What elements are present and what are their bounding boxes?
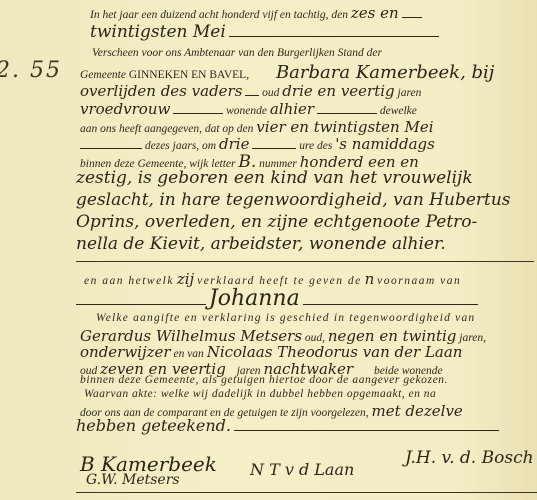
printed-text: wonende — [226, 105, 267, 117]
line-12: Oprins, overleden, en zijne echtgenoote … — [76, 212, 477, 232]
line-3: Verscheen voor ons Ambtenaar van den Bur… — [92, 47, 382, 59]
fill-rule — [402, 17, 422, 18]
fill-rule — [173, 113, 223, 114]
handwritten-text: drie en veertig — [282, 82, 394, 100]
printed-text: jaren, — [459, 332, 486, 344]
printed-text: en van — [173, 348, 203, 360]
line-23: hebben geteekend. — [76, 416, 499, 435]
fill-rule — [303, 304, 478, 305]
section-divider — [76, 261, 534, 262]
printed-text: dezes jaars, om — [145, 140, 216, 152]
printed-text: In het jaar een duizend acht honderd vij… — [90, 9, 348, 21]
margin-record-number: 2. 55 — [0, 58, 62, 83]
line-20: binnen deze Gemeente, als getuigen hiert… — [80, 374, 448, 386]
printed-text: ure des — [299, 140, 332, 152]
fill-rule — [80, 148, 142, 149]
line-1: In het jaar een duizend acht honderd vij… — [90, 4, 422, 22]
line-5: overlijden des vaders oud drie en veerti… — [80, 82, 421, 100]
line-2: twintigsten Mei — [90, 22, 439, 42]
printed-text: jaren — [398, 87, 422, 99]
given-name: Johanna — [209, 286, 300, 311]
handwritten-text: zes en — [351, 4, 399, 22]
handwritten-text: alhier — [270, 100, 314, 118]
handwritten-text: drie — [219, 135, 249, 153]
printed-text: aan ons heeft aangegeven, dat op den — [80, 123, 253, 135]
signature-witness-2: N T v d Laan — [250, 460, 354, 479]
signature-witness-1: G.W. Metsers — [86, 472, 180, 488]
fill-rule — [234, 430, 499, 431]
document-page: 2. 55 In het jaar een duizend acht honde… — [0, 0, 537, 500]
witness-2-name: Nicolaas Theodorus van der Laan — [207, 343, 463, 361]
signature-registrar: J.H. v. d. Bosch — [405, 448, 534, 468]
printed-text: Verscheen voor ons Ambtenaar van den Bur… — [92, 47, 382, 59]
bottom-divider — [76, 492, 537, 493]
handwritten-text: overlijden des vaders — [80, 82, 242, 100]
printed-text: oud — [262, 87, 279, 99]
line-13: nella de Kievit, arbeidster, wonende alh… — [76, 234, 446, 254]
fill-rule — [245, 95, 259, 96]
given-name-line: Johanna — [76, 286, 478, 311]
printed-text: dewelke — [380, 105, 417, 117]
municipality-name: GINNEKEN EN BAVEL, — [129, 69, 249, 81]
handwritten-text: vier en twintigsten Mei — [256, 118, 433, 136]
line-21: Waarvan akte: welke wij dadelijk in dubb… — [84, 388, 436, 400]
line-18: onderwijzer en van Nicolaas Theodorus va… — [80, 343, 462, 361]
declarant-name: Barbara Kamerbeek, bij — [276, 62, 494, 83]
line-10: zestig, is geboren een kind van het vrou… — [76, 168, 473, 188]
line-16: Welke aangifte en verklaring is geschied… — [96, 312, 475, 324]
handwritten-text: vroedvrouw — [80, 100, 170, 118]
line-6: vroedvrouw wonende alhier dewelke — [80, 100, 417, 118]
line-8: dezes jaars, om drie ure des 's namiddag… — [80, 135, 435, 153]
fill-rule — [317, 113, 377, 114]
handwritten-text: onderwijzer — [80, 343, 171, 361]
line-11: geslacht, in hare tegenwoordigheid, van … — [76, 190, 511, 210]
fill-rule — [252, 148, 296, 149]
printed-text: Gemeente — [80, 69, 126, 81]
handwritten-text: twintigsten Mei — [90, 22, 226, 42]
line-4: Gemeente GINNEKEN EN BAVEL, Barbara Kame… — [80, 62, 494, 83]
fill-rule — [76, 304, 206, 305]
handwritten-text: 's namiddags — [335, 135, 435, 153]
printed-text: Welke aangifte en verklaring is geschied… — [96, 312, 475, 324]
line-7: aan ons heeft aangegeven, dat op den vie… — [80, 118, 434, 136]
fill-rule — [229, 36, 439, 37]
handwritten-text: hebben geteekend. — [76, 416, 231, 435]
